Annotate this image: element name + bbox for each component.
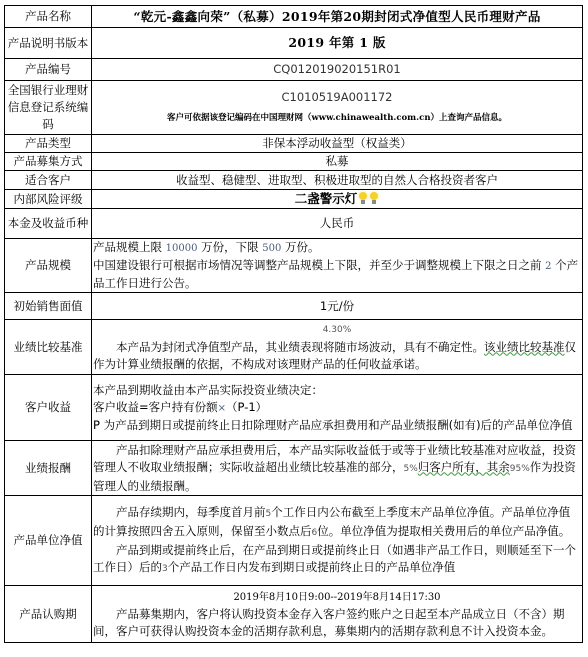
unit-nav: 产品存续期内，每季度首月前5个工作日内公布截至上季度末产品单位净值。产品单位净值…	[92, 496, 583, 586]
row-label: 业绩比较基准	[5, 320, 92, 375]
lightbulb-icon	[369, 192, 379, 205]
product-name: “乾元-鑫鑫向荣”（私募）2019年第20期封闭式净值型人民币理财产品	[133, 9, 540, 24]
row-label: 产品名称	[5, 6, 92, 28]
client-return: 本产品到期收益由本产品实际投资业绩决定： 客户收益=客户持有份额×（P-1） P…	[92, 375, 583, 441]
scale-upper: 10000	[166, 243, 198, 254]
table-row: 产品认购期 2019年8月10日9:00--2019年8月14日17:30 产品…	[5, 586, 583, 643]
nav-text: 个产品工作日内发布到期日或提前终止日的产品单位净值	[168, 560, 456, 574]
row-label: 产品单位净值	[5, 496, 92, 586]
return-formula: （P-1）	[226, 400, 267, 414]
fee-text: 归客户所有，其余	[418, 460, 510, 474]
registration-note: 客户可依据该登记编码在中国理财网（www.chinawealth.com.cn）…	[93, 110, 581, 127]
table-row: 产品编号 CQ012019020151R01	[5, 59, 583, 81]
nav-text: 位。单位净值为提取相关费用后的单位产品净值。	[317, 524, 570, 538]
table-row: 产品单位净值 产品存续期内，每季度首月前5个工作日内公布截至上季度末产品单位净值…	[5, 496, 583, 586]
scale-text: 中国建设银行可根据市场情况等调整产品规模上下限，并至少于调整规模上下限之日之前	[93, 258, 545, 272]
multiply-sign: ×	[218, 403, 226, 414]
scale-lower: 500	[262, 243, 281, 254]
scale-text: 产品规模上限	[93, 240, 166, 254]
table-row: 适合客户 收益型、稳健型、进取型、积极进取型的自然人合格投资者客户	[5, 171, 583, 190]
row-label: 产品认购期	[5, 586, 92, 643]
row-label: 初始销售面值	[5, 293, 92, 320]
product-code: CQ012019020151R01	[273, 62, 401, 76]
client-share: 5%	[404, 464, 418, 474]
row-label: 产品编号	[5, 59, 92, 81]
lightbulb-icon	[358, 192, 368, 205]
table-row: 产品说明书版本 2019 年第 1 版	[5, 28, 583, 59]
benchmark: 4.30% 本产品为封闭式净值型产品，其业绩表现将随市场波动，具有不确定性。该业…	[92, 320, 583, 375]
benchmark-rate: 4.30%	[93, 322, 581, 339]
return-formula: 客户收益=客户持有份额	[93, 400, 218, 414]
product-scale: 产品规模上限 10000 万份，下限 500 万份。 中国建设银行可根据市场情况…	[92, 239, 583, 293]
row-label: 内部风险评级	[5, 190, 92, 209]
row-label: 产品募集方式	[5, 153, 92, 171]
table-row: 全国银行业理财信息登记系统编码 C1010519A001172 客户可依据该登记…	[5, 81, 583, 135]
table-row: 内部风险评级 二盏警示灯	[5, 190, 583, 209]
scale-text: 万份，下限	[197, 240, 262, 254]
row-label: 适合客户	[5, 171, 92, 190]
table-row: 产品名称 “乾元-鑫鑫向荣”（私募）2019年第20期封闭式净值型人民币理财产品	[5, 6, 583, 28]
table-row: 产品类型 非保本浮动收益型（权益类）	[5, 135, 583, 153]
benchmark-text: 本产品为封闭式净值型产品，其业绩表现将随市场波动，具有不确定性。	[116, 340, 484, 354]
table-row: 产品规模 产品规模上限 10000 万份，下限 500 万份。 中国建设银行可根…	[5, 239, 583, 293]
scale-text: 万份。	[281, 240, 319, 254]
row-label: 全国银行业理财信息登记系统编码	[5, 81, 92, 135]
table-row: 业绩比较基准 4.30% 本产品为封闭式净值型产品，其业绩表现将随市场波动，具有…	[5, 320, 583, 375]
row-label: 客户收益	[5, 375, 92, 441]
manager-share: 95%	[510, 464, 530, 474]
manual-version: 2019 年第 1 版	[288, 35, 385, 50]
return-text: 本产品到期收益由本产品实际投资业绩决定：	[93, 382, 581, 399]
nav-text: 产品存续期内，每季度首月前	[116, 505, 266, 519]
period-dates: 2019年8月10日9:00--2019年8月14日17:30	[93, 589, 581, 606]
table-row: 初始销售面值 1元/份	[5, 293, 583, 320]
row-label: 本金及收益币种	[5, 209, 92, 239]
currency: 人民币	[320, 216, 355, 230]
row-label: 产品类型	[5, 135, 92, 153]
raising-method: 私募	[326, 154, 349, 168]
row-label: 产品说明书版本	[5, 28, 92, 59]
table-row: 客户收益 本产品到期收益由本产品实际投资业绩决定： 客户收益=客户持有份额×（P…	[5, 375, 583, 441]
return-text: P 为产品到期日或提前终止日扣除理财产品应承担费用和产品业绩报酬(如有)后的产品…	[93, 417, 581, 434]
table-row: 业绩报酬 产品扣除理财产品应承担费用后，本产品实际收益低于或等于业绩比较基准对应…	[5, 441, 583, 496]
risk-rating: 二盏警示灯	[295, 191, 358, 206]
benchmark-text: 该业绩比较基准	[484, 340, 565, 354]
product-type: 非保本浮动收益型（权益类）	[262, 136, 412, 150]
period-text: 产品募集期内，客户将认购投资本金存入客户签约账户之日起至本产品成立日（不含）期间…	[93, 606, 581, 640]
table-row: 本金及收益币种 人民币	[5, 209, 583, 239]
performance-fee: 产品扣除理财产品应承担费用后，本产品实际收益低于或等于业绩比较基准对应收益，投资…	[92, 441, 583, 496]
suitable-clients: 收益型、稳健型、进取型、积极进取型的自然人合格投资者客户	[176, 173, 498, 187]
product-spec-table: 产品名称 “乾元-鑫鑫向荣”（私募）2019年第20期封闭式净值型人民币理财产品…	[4, 5, 583, 643]
face-value: 1元/份	[320, 299, 354, 313]
registration-code: C1010519A001172	[281, 90, 392, 104]
row-label: 产品规模	[5, 239, 92, 293]
subscription-period: 2019年8月10日9:00--2019年8月14日17:30 产品募集期内，客…	[92, 586, 583, 643]
row-label: 业绩报酬	[5, 441, 92, 496]
table-row: 产品募集方式 私募	[5, 153, 583, 171]
